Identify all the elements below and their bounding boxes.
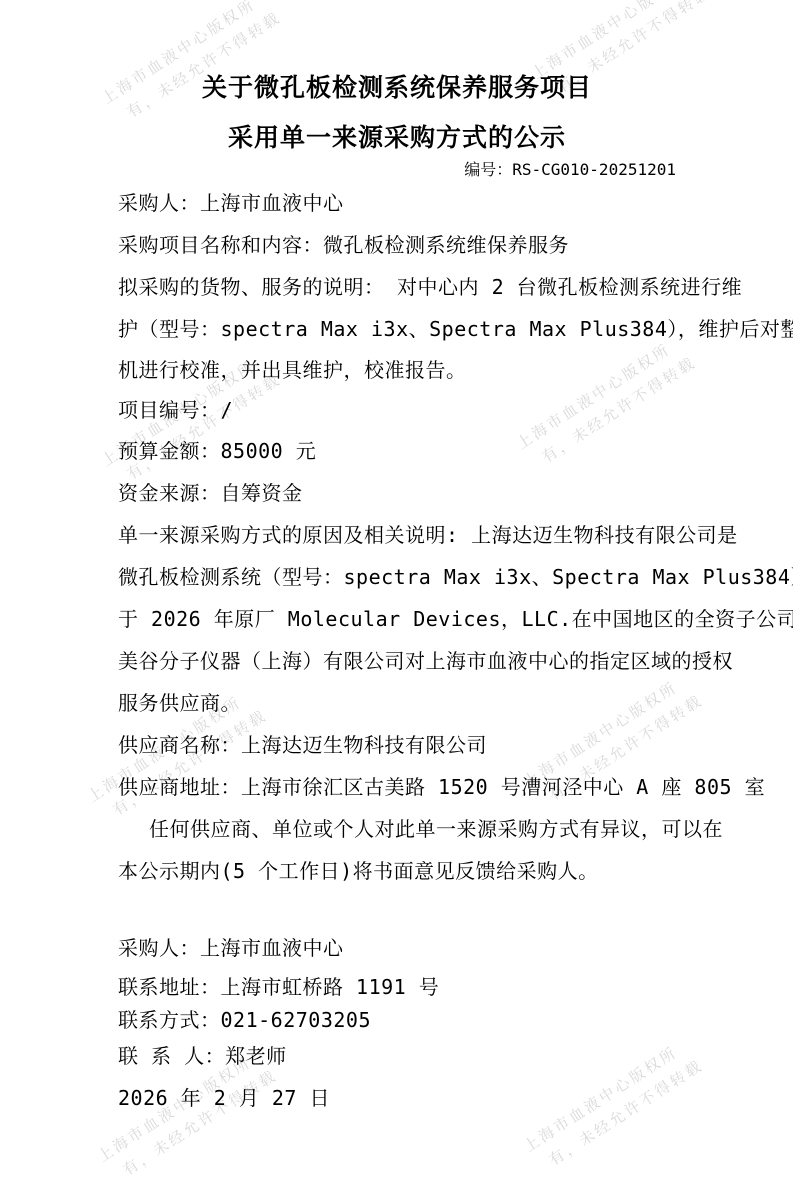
doc-line-description-1: 拟采购的货物、服务的说明： 对中心内 2 台微孔板检测系统进行维 [118, 266, 676, 308]
doc-line-objection-1: 任何供应商、单位或个人对此单一来源采购方式有异议，可以在 [118, 808, 676, 850]
doc-line-reason-2: 微孔板检测系统（型号：spectra Max i3x、Spectra Max P… [118, 556, 676, 598]
doc-line-budget: 预算金额：85000 元 [118, 430, 676, 472]
doc-line-reason-5: 服务供应商。 [118, 682, 676, 724]
doc-line-funding-source: 资金来源：自筹资金 [118, 472, 676, 514]
doc-line-contact-person: 联 系 人：郑老师 [118, 1035, 676, 1077]
doc-line-contact-address: 联系地址：上海市虹桥路 1191 号 [118, 969, 676, 1005]
doc-title-line1: 关于微孔板检测系统保养服务项目 [118, 70, 676, 106]
doc-line-project-number: 项目编号：/ [118, 390, 676, 430]
doc-line-contact-phone: 联系方式：021-62703205 [118, 1005, 676, 1035]
document-page: 上海市血液中心版权所有，未经允许不得转载 上海市血液中心版权所有，未经允许不得转… [0, 0, 793, 1186]
doc-line-description-2: 护（型号：spectra Max i3x、Spectra Max Plus384… [118, 308, 676, 350]
doc-line-objection-2: 本公示期内(5 个工作日)将书面意见反馈给采购人。 [118, 850, 676, 892]
doc-line-date: 2026 年 2 月 27 日 [118, 1077, 676, 1119]
doc-title-line2: 采用单一来源采购方式的公示 [118, 120, 676, 156]
doc-line-reason-4: 美谷分子仪器（上海）有限公司对上海市血液中心的指定区域的授权 [118, 640, 676, 682]
doc-line-description-3: 机进行校准，并出具维护，校准报告。 [118, 350, 676, 390]
doc-line-project-name: 采购项目名称和内容：微孔板检测系统维保养服务 [118, 224, 676, 266]
document-content: 关于微孔板检测系统保养服务项目 采用单一来源采购方式的公示 编号：RS-CG01… [0, 0, 793, 1186]
doc-line-buyer-2: 采购人：上海市血液中心 [118, 927, 676, 969]
doc-line-buyer: 采购人：上海市血液中心 [118, 182, 676, 224]
doc-line-supplier-address: 供应商地址：上海市徐汇区古美路 1520 号漕河泾中心 A 座 805 室 [118, 766, 676, 808]
doc-line-supplier-name: 供应商名称：上海达迈生物科技有限公司 [118, 724, 676, 766]
doc-number: 编号：RS-CG010-20251201 [118, 158, 676, 182]
doc-line-reason-3: 于 2026 年原厂 Molecular Devices，LLC.在中国地区的全… [118, 598, 676, 640]
doc-line-reason-1: 单一来源采购方式的原因及相关说明: 上海达迈生物科技有限公司是 [118, 514, 676, 556]
